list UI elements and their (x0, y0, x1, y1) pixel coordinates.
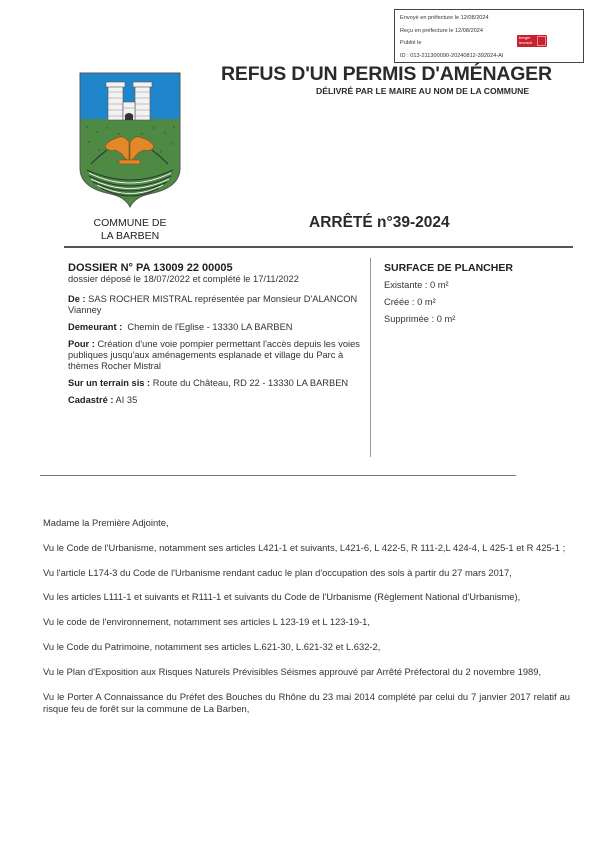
purpose-label: Pour : (68, 339, 95, 349)
dossier-filed: dossier déposé le 18/07/2022 et complété… (68, 274, 366, 285)
dossier-number: DOSSIER N° PA 13009 22 00005 (68, 262, 366, 274)
document-title: REFUS D'UN PERMIS D'AMÉNAGER (221, 63, 552, 86)
commune-name: COMMUNE DE LA BARBEN (70, 217, 190, 243)
document-subtitle: DÉLIVRÉ PAR LE MAIRE AU NOM DE LA COMMUN… (316, 86, 529, 96)
purpose: Pour : Création d'une voie pompier perme… (68, 339, 366, 372)
stamp-received: Reçu en préfecture le 12/08/2024 (400, 28, 483, 34)
floor-surface: SURFACE DE PLANCHER Existante : 0 m² Cré… (384, 262, 574, 331)
decision-body: Madame la Première Adjointe, Vu le Code … (43, 517, 570, 728)
divider-bottom (40, 475, 516, 476)
surface-created: Créée : 0 m² (384, 297, 574, 307)
surface-existing: Existante : 0 m² (384, 280, 574, 290)
commune-line-2: LA BARBEN (70, 230, 190, 243)
purpose-value: Création d'une voie pompier permettant l… (68, 339, 360, 371)
divider-top (64, 246, 573, 248)
visa-paragraph: Vu l'article L174-3 du Code de l'Urbanis… (43, 567, 570, 579)
divider-vertical (370, 258, 371, 457)
salutation: Madame la Première Adjointe, (43, 517, 570, 529)
stamp-sent: Envoyé en préfecture le 12/08/2024 (400, 15, 489, 21)
visa-paragraph: Vu le Code du Patrimoine, notamment ses … (43, 641, 570, 653)
surface-title: SURFACE DE PLANCHER (384, 262, 574, 274)
commune-line-1: COMMUNE DE (70, 217, 190, 230)
cadastre-label: Cadastré : (68, 395, 113, 405)
logo-text: berger levrault (519, 36, 536, 45)
land-label: Sur un terrain sis : (68, 378, 150, 388)
land-value: Route du Château, RD 22 - 13330 LA BARBE… (153, 378, 348, 388)
stamp-published: Publié le (400, 40, 421, 46)
land: Sur un terrain sis : Route du Château, R… (68, 378, 366, 389)
applicant-value: SAS ROCHER MISTRAL représentée par Monsi… (68, 294, 357, 315)
address-label: Demeurant : (68, 322, 122, 332)
dossier-details: DOSSIER N° PA 13009 22 00005 dossier dép… (68, 262, 366, 412)
visa-paragraph: Vu les articles L111-1 et suivants et R1… (43, 591, 570, 603)
coat-of-arms-icon (79, 72, 181, 208)
surface-removed: Supprimée : 0 m² (384, 314, 574, 324)
address-value: Chemin de l'Eglise - 13330 LA BARBEN (127, 322, 292, 332)
cadastre: Cadastré : AI 35 (68, 395, 366, 406)
arrete-number: ARRÊTÉ n°39-2024 (309, 214, 450, 232)
visa-paragraph: Vu le Code de l'Urbanisme, notamment ses… (43, 542, 570, 554)
visa-paragraph: Vu le Plan d'Exposition aux Risques Natu… (43, 666, 570, 678)
address: Demeurant : Chemin de l'Eglise - 13330 L… (68, 322, 366, 333)
prefecture-stamp: Envoyé en préfecture le 12/08/2024 Reçu … (394, 9, 584, 63)
berger-levrault-logo-icon: berger levrault (517, 35, 547, 47)
applicant-label: De : (68, 294, 86, 304)
stamp-id: ID : 013-211300090-20240812-392024-AI (400, 53, 503, 59)
visa-paragraph: Vu le Porter A Connaissance du Préfet de… (43, 691, 570, 716)
cadastre-value: AI 35 (116, 395, 138, 405)
applicant: De : SAS ROCHER MISTRAL représentée par … (68, 294, 366, 316)
visa-paragraph: Vu le code de l'environnement, notamment… (43, 616, 570, 628)
